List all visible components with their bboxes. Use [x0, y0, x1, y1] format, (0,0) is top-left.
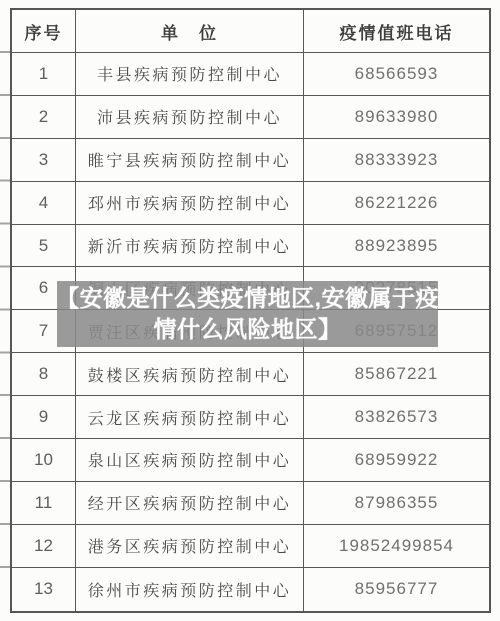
row-phone-cell: 68959922	[304, 439, 489, 482]
row-index-cell: 4	[12, 182, 76, 225]
row-phone-cell: 89633980	[304, 96, 489, 139]
row-unit-cell: 泉山区疾病预防控制中心	[76, 439, 304, 482]
row-index-cell: 12	[12, 525, 76, 568]
row-index-cell: 1	[12, 53, 76, 96]
row-index-cell: 9	[12, 396, 76, 439]
column-header-phone: 疫情值班电话	[304, 10, 489, 53]
row-phone-cell: 68566593	[304, 53, 489, 96]
row-unit-cell: 丰县疾病预防控制中心	[76, 53, 304, 96]
row-phone-cell: 87986355	[304, 482, 489, 525]
row-phone-cell: 85867221	[304, 353, 489, 396]
row-index-cell: 5	[12, 225, 76, 268]
row-phone-cell: 88923895	[304, 225, 489, 268]
column-header-unit: 单 位	[76, 10, 304, 53]
caption-line-2: 情什么风险地区】	[154, 314, 342, 345]
row-unit-cell: 港务区疾病预防控制中心	[76, 525, 304, 568]
row-phone-cell: 85956777	[304, 568, 489, 611]
row-index-cell: 2	[12, 96, 76, 139]
caption-line-1: 【安徽是什么类疫情地区,安徽属于疫	[56, 283, 439, 314]
row-phone-cell: 88333923	[304, 139, 489, 182]
row-unit-cell: 徐州市疾病预防控制中心	[76, 568, 304, 611]
article-image: 序号 单 位 疫情值班电话 1 丰县疾病预防控制中心 68566593 2 沛县…	[0, 0, 500, 621]
watermark-caption: 【安徽是什么类疫情地区,安徽属于疫 情什么风险地区】	[57, 281, 438, 347]
row-index-cell: 13	[12, 568, 76, 611]
row-index-cell: 8	[12, 353, 76, 396]
row-unit-cell: 鼓楼区疾病预防控制中心	[76, 353, 304, 396]
row-phone-cell: 86221226	[304, 182, 489, 225]
row-unit-cell: 邳州市疾病预防控制中心	[76, 182, 304, 225]
row-unit-cell: 新沂市疾病预防控制中心	[76, 225, 304, 268]
row-phone-cell: 83826573	[304, 396, 489, 439]
row-unit-cell: 经开区疾病预防控制中心	[76, 482, 304, 525]
row-unit-cell: 睢宁县疾病预防控制中心	[76, 139, 304, 182]
photo-edge-marks	[0, 51, 10, 571]
row-phone-cell: 19852499854	[304, 525, 489, 568]
row-index-cell: 11	[12, 482, 76, 525]
column-header-index: 序号	[12, 10, 76, 53]
row-index-cell: 3	[12, 139, 76, 182]
row-unit-cell: 沛县疾病预防控制中心	[76, 96, 304, 139]
row-index-cell: 10	[12, 439, 76, 482]
row-unit-cell: 云龙区疾病预防控制中心	[76, 396, 304, 439]
